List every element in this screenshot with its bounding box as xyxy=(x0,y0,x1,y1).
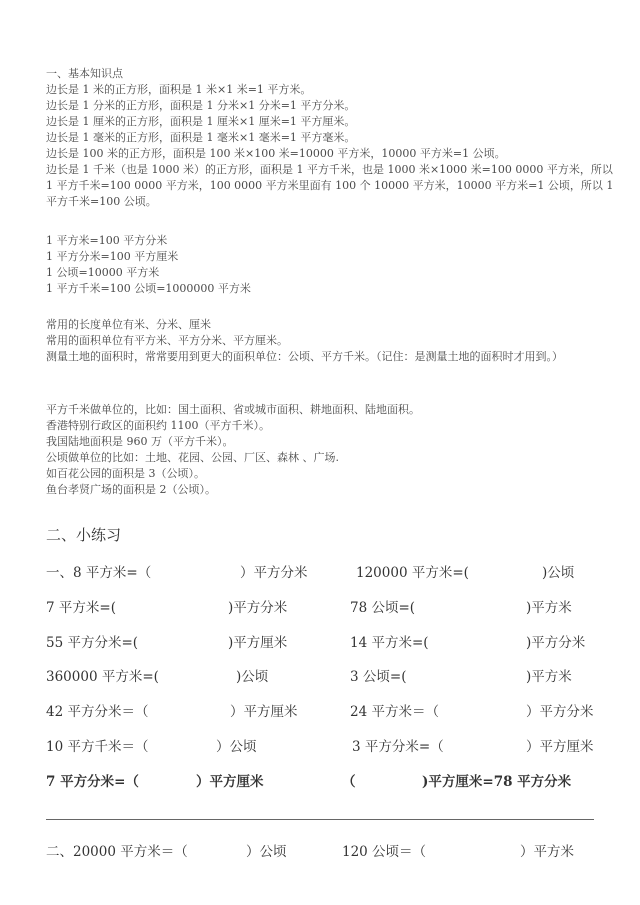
question-text: 120000 平方米=( xyxy=(356,561,469,581)
exercise-row: 55 平方分米=( )平方厘米 14 平方米=( )平方分米 xyxy=(46,631,616,653)
question-text: 24 平方米＝（ xyxy=(350,700,439,720)
unit-text: ）平方厘米 xyxy=(526,735,594,755)
unit-text: ）平方厘米 xyxy=(230,700,298,720)
text-line: 边长是 1 分米的正方形，面积是 1 分米×1 分米=1 平方分米。 xyxy=(46,98,616,114)
question-text: 10 平方千米＝（ xyxy=(46,735,148,755)
unit-text: ）平方米 xyxy=(520,840,574,860)
unit-text: )公顷 xyxy=(236,665,268,685)
question-text: 120 公顷＝（ xyxy=(342,840,426,860)
question-text: （ xyxy=(342,770,356,790)
question-text: 78 公顷=( xyxy=(350,596,415,616)
question-text: 3 公顷=( xyxy=(350,665,406,685)
question-text: 42 平方分米＝（ xyxy=(46,700,148,720)
text-line: 公顷做单位的比如：土地、花园、公园、厂区、森林 、广场. xyxy=(46,450,616,466)
unit-text: )平方厘米=78 平方分米 xyxy=(422,770,571,790)
question-text: 14 平方米=( xyxy=(350,631,429,651)
unit-text: )平方米 xyxy=(526,665,572,685)
text-line: 我国陆地面积是 960 万（平方千米）。 xyxy=(46,434,616,450)
question-text: 360000 平方米=( xyxy=(46,665,159,685)
conversion-list: 1 平方米=100 平方分米 1 平方分米=100 平方厘米 1 公顷=1000… xyxy=(46,233,616,297)
question-text: 7 平方米=( xyxy=(46,596,116,616)
unit-text: ）公顷 xyxy=(216,735,257,755)
unit-text: )平方分米 xyxy=(228,596,287,616)
question-text: 3 平方分米=（ xyxy=(352,735,444,755)
text-line: 边长是 1 米的正方形，面积是 1 米×1 米=1 平方米。 xyxy=(46,82,616,98)
units-list: 常用的长度单位有米、分米、厘米 常用的面积单位有平方米、平方分米、平方厘米。 测… xyxy=(46,317,616,365)
unit-text: )平方米 xyxy=(526,596,572,616)
question-text: 二、20000 平方米＝（ xyxy=(46,840,188,860)
exercise-row: 10 平方千米＝（ ）公顷 3 平方分米=（ ）平方厘米 xyxy=(46,735,616,757)
examples-list: 平方千米做单位的，比如：国土面积、省或城市面积、耕地面积、陆地面积。 香港特别行… xyxy=(46,402,616,498)
text-line: 常用的面积单位有平方米、平方分米、平方厘米。 xyxy=(46,333,616,349)
unit-text: ）平方厘米 xyxy=(196,770,264,790)
exercise-row: 7 平方分米=（ ）平方厘米 （ )平方厘米=78 平方分米 xyxy=(46,770,616,792)
text-line: 边长是 1 厘米的正方形，面积是 1 厘米×1 厘米=1 平方厘米。 xyxy=(46,114,616,130)
conversion-line: 1 平方分米=100 平方厘米 xyxy=(46,249,616,265)
divider-line xyxy=(46,819,594,820)
exercise-row: 一、8 平方米=（ ）平方分米 120000 平方米=( )公顷 xyxy=(46,561,616,583)
knowledge-section: 一、基本知识点 边长是 1 米的正方形，面积是 1 米×1 米=1 平方米。 边… xyxy=(46,66,616,210)
text-paragraph: 测量土地的面积时，常常要用到更大的面积单位：公顷、平方千米。（记住：是测量土地的… xyxy=(46,349,616,365)
text-line: 鱼台孝贤广场的面积是 2（公顷）。 xyxy=(46,482,616,498)
text-line: 边长是 100 米的正方形，面积是 100 米×100 米=10000 平方米，… xyxy=(46,146,616,162)
exercise-row: 360000 平方米=( )公顷 3 公顷=( )平方米 xyxy=(46,665,616,687)
exercise-row: 42 平方分米＝（ ）平方厘米 24 平方米＝（ ）平方分米 xyxy=(46,700,616,722)
exercise-row: 二、20000 平方米＝（ ）公顷 120 公顷＝（ ）平方米 xyxy=(46,840,616,862)
conversion-line: 1 平方米=100 平方分米 xyxy=(46,233,616,249)
text-line: 如百花公园的面积是 3（公顷）。 xyxy=(46,466,616,482)
unit-text: )平方厘米 xyxy=(228,631,287,651)
question-text: 55 平方分米=( xyxy=(46,631,138,651)
exercise-row: 7 平方米=( )平方分米 78 公顷=( )平方米 xyxy=(46,596,616,618)
unit-text: ）平方分米 xyxy=(240,561,308,581)
unit-text: )平方分米 xyxy=(526,631,585,651)
text-line: 平方千米做单位的，比如：国土面积、省或城市面积、耕地面积、陆地面积。 xyxy=(46,402,616,418)
unit-text: )公顷 xyxy=(542,561,574,581)
conversion-line: 1 公顷=10000 平方米 xyxy=(46,265,616,281)
question-text: 7 平方分米=（ xyxy=(46,770,139,790)
text-line: 边长是 1 毫米的正方形，面积是 1 毫米×1 毫米=1 平方毫米。 xyxy=(46,130,616,146)
text-line: 香港特别行政区的面积约 1100（平方千米）。 xyxy=(46,418,616,434)
practice-title: 二、小练习 xyxy=(46,524,121,545)
section-title: 一、基本知识点 xyxy=(46,66,616,82)
text-line: 常用的长度单位有米、分米、厘米 xyxy=(46,317,616,333)
question-text: 一、8 平方米=（ xyxy=(46,561,151,581)
unit-text: ）平方分米 xyxy=(526,700,594,720)
unit-text: ）公顷 xyxy=(246,840,287,860)
conversion-line: 1 平方千米=100 公顷=1000000 平方米 xyxy=(46,281,616,297)
text-paragraph: 边长是 1 千米（也是 1000 米）的正方形，面积是 1 平方千米，也是 10… xyxy=(46,162,616,210)
